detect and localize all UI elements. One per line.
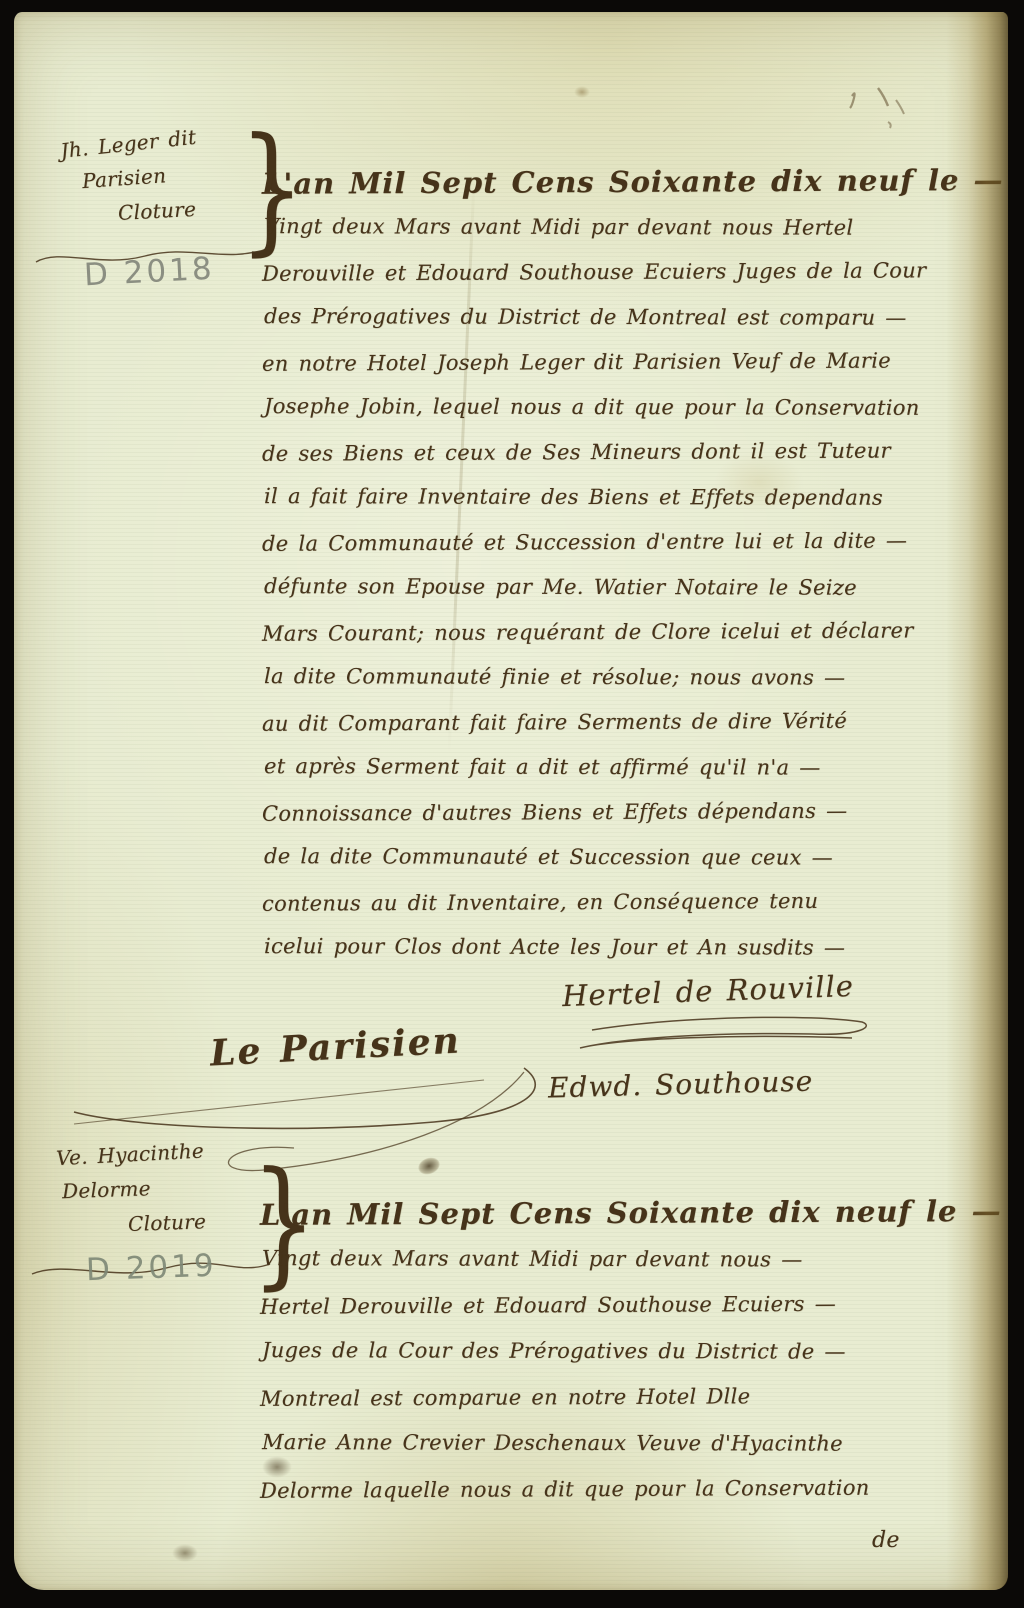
stray-ink-marks <box>830 78 940 148</box>
text-line: Vingt deux Mars avant Midi par devant no… <box>262 1235 962 1283</box>
ink-smudge <box>172 1544 198 1562</box>
text-line: Josephe Jobin, lequel nous a dit que pou… <box>264 384 956 431</box>
text-line: et après Serment fait a dit et affirmé q… <box>264 744 956 791</box>
signature-hertel-de-rouville: Hertel de Rouville <box>561 969 854 1013</box>
text-line: L'an Mil Sept Cens Soixante dix neuf le … <box>262 158 954 207</box>
margin-note-line: Cloture <box>55 1203 256 1245</box>
text-line: des Prérogatives du District de Montreal… <box>264 294 956 341</box>
entry-2-body-text: L'an Mil Sept Cens Soixante dix neuf le … <box>260 1190 960 1512</box>
text-line: de la Communauté et Succession d'entre l… <box>262 518 954 567</box>
text-line: Vingt deux Mars avant Midi par devant no… <box>264 204 956 251</box>
text-line: contenus au dit Inventaire, en Conséquen… <box>262 878 954 927</box>
signature-rouville-flourish <box>562 1008 882 1054</box>
text-line: la dite Communauté finie et résolue; nou… <box>264 654 956 701</box>
text-line: Derouville et Edouard Southouse Ecuiers … <box>262 248 954 297</box>
manuscript-page: Jh. Leger dit Parisien Cloture } D 2018 … <box>14 12 1008 1590</box>
margin-note-entry-1: Jh. Leger dit Parisien Cloture <box>60 124 250 229</box>
entry-1-body-text: L'an Mil Sept Cens Soixante dix neuf le … <box>262 160 954 970</box>
foxing-spot <box>574 86 590 98</box>
margin-note-entry-2: Ve. Hyacinthe Delorme Cloture <box>56 1136 256 1241</box>
text-line: L'an Mil Sept Cens Soixante dix neuf le … <box>260 1188 960 1238</box>
text-line: au dit Comparant fait faire Serments de … <box>262 698 954 747</box>
text-line: de ses Biens et ceux de Ses Mineurs dont… <box>262 428 954 477</box>
text-line: en notre Hotel Joseph Leger dit Parisien… <box>262 338 954 387</box>
text-line: Connoissance d'autres Biens et Effets dé… <box>262 788 954 837</box>
scan-background: Jh. Leger dit Parisien Cloture } D 2018 … <box>0 0 1024 1608</box>
text-line: icelui pour Clos dont Acte les Jour et A… <box>264 924 956 971</box>
text-line: Montreal est comparue en notre Hotel Dll… <box>260 1372 960 1422</box>
registry-number-pencil: D 2019 <box>85 1248 217 1289</box>
catchword: de <box>872 1528 900 1553</box>
text-line: Mars Courant; nous requérant de Clore ic… <box>262 608 954 657</box>
page-deckle-edge <box>946 12 1008 1590</box>
text-line: défunte son Epouse par Me. Watier Notair… <box>264 564 956 611</box>
text-line: Hertel Derouville et Edouard Southouse E… <box>260 1280 960 1330</box>
text-line: Juges de la Cour des Prérogatives du Dis… <box>262 1327 962 1375</box>
text-line: il a fait faire Inventaire des Biens et … <box>264 474 956 521</box>
text-line: Delorme laquelle nous a dit que pour la … <box>260 1464 960 1514</box>
text-line: Marie Anne Crevier Deschenaux Veuve d'Hy… <box>262 1419 962 1467</box>
signature-edward-southouse: Edwd. Southouse <box>548 1065 814 1105</box>
registry-number-pencil: D 2018 <box>83 251 215 294</box>
text-line: de la dite Communauté et Succession que … <box>264 834 956 881</box>
